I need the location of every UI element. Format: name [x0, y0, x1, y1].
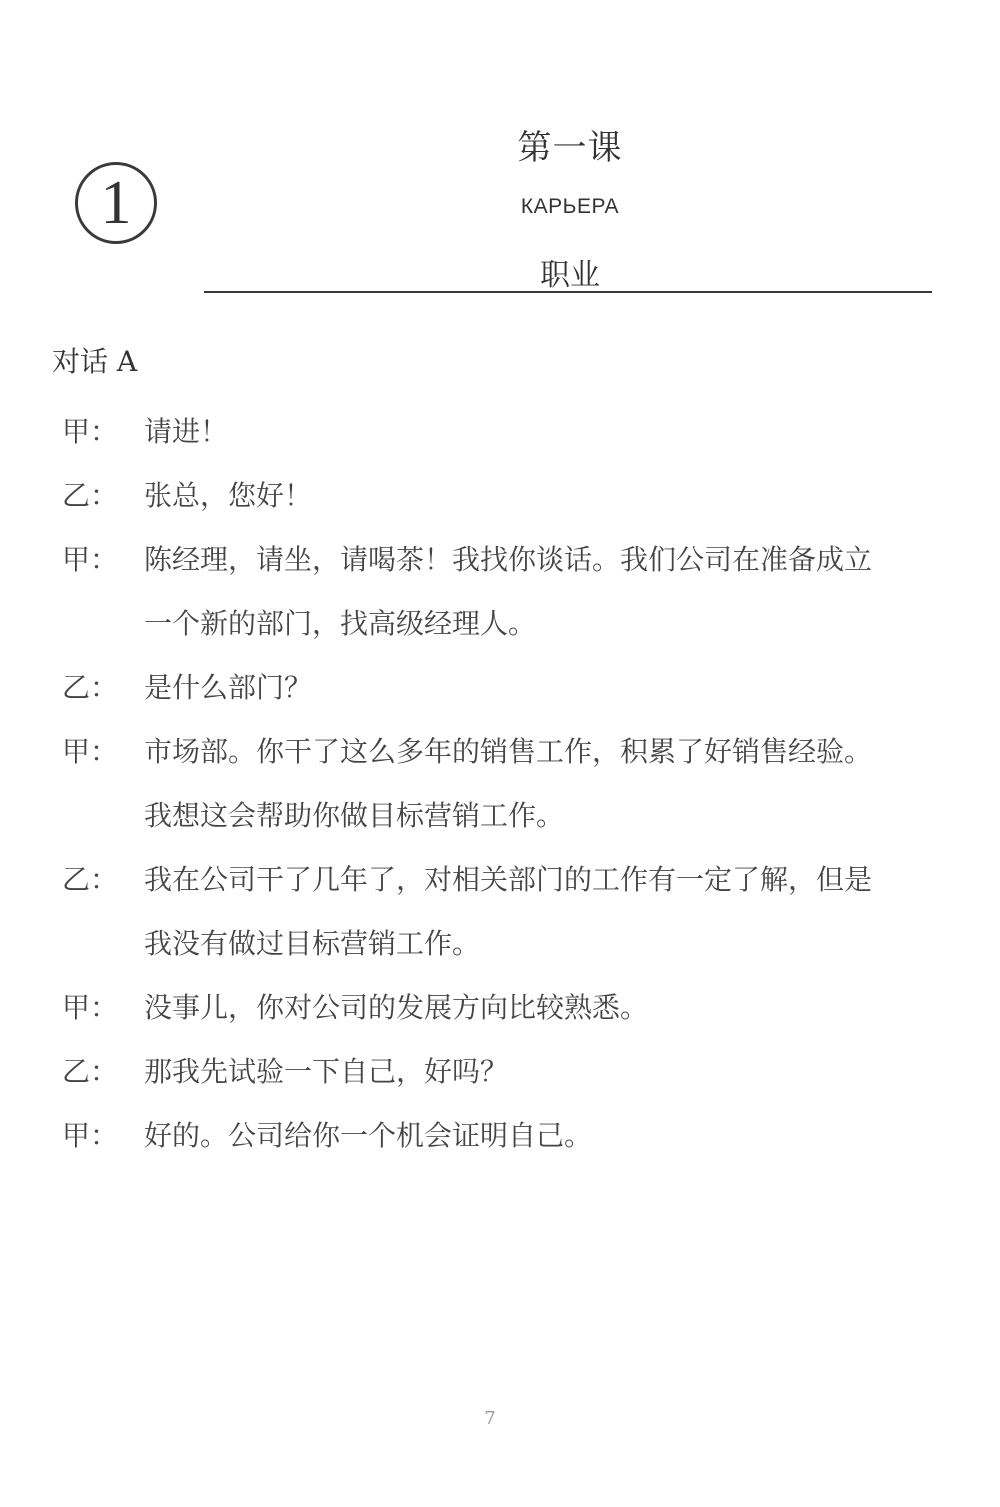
utterance-text: 好的。公司给你一个机会证明自己。: [144, 1104, 884, 1168]
dialogue-line: 乙： 那我先试验一下自己，好吗？: [62, 1040, 922, 1104]
dialogue-line: 乙： 是什么部门？: [62, 656, 922, 720]
dialogue-line: 甲： 市场部。你干了这么多年的销售工作，积累了好销售经验。我想这会帮助你做目标营…: [62, 720, 922, 848]
title-divider: [204, 291, 932, 293]
utterance-text: 陈经理，请坐，请喝茶！我找你谈话。我们公司在准备成立一个新的部门，找高级经理人。: [144, 528, 884, 656]
utterance-text: 我在公司干了几年了，对相关部门的工作有一定了解，但是我没有做过目标营销工作。: [144, 848, 884, 976]
lesson-subtitle-chinese: 职业: [470, 250, 670, 294]
dialogue-line: 乙： 张总，您好！: [62, 464, 922, 528]
lesson-title: 第一课: [470, 120, 670, 169]
speaker-label: 乙：: [62, 1040, 144, 1104]
dialogue-line: 甲： 陈经理，请坐，请喝茶！我找你谈话。我们公司在准备成立一个新的部门，找高级经…: [62, 528, 922, 656]
dialogue-line: 乙： 我在公司干了几年了，对相关部门的工作有一定了解，但是我没有做过目标营销工作…: [62, 848, 922, 976]
utterance-text: 那我先试验一下自己，好吗？: [144, 1040, 884, 1104]
utterance-text: 是什么部门？: [144, 656, 884, 720]
utterance-text: 张总，您好！: [144, 464, 884, 528]
lesson-number-badge: 1: [75, 162, 157, 244]
speaker-label: 甲：: [62, 976, 144, 1040]
dialogue-line: 甲： 请进！: [62, 400, 922, 464]
lesson-subtitle-russian: КАРЬЕРА: [470, 195, 670, 219]
dialogue-line: 甲： 没事儿，你对公司的发展方向比较熟悉。: [62, 976, 922, 1040]
speaker-label: 甲：: [62, 720, 144, 848]
page-number: 7: [480, 1408, 500, 1429]
utterance-text: 请进！: [144, 400, 884, 464]
speaker-label: 甲：: [62, 528, 144, 656]
speaker-label: 乙：: [62, 848, 144, 976]
speaker-label: 甲：: [62, 1104, 144, 1168]
speaker-label: 乙：: [62, 656, 144, 720]
speaker-label: 甲：: [62, 400, 144, 464]
lesson-number: 1: [101, 172, 132, 234]
dialogue-line: 甲： 好的。公司给你一个机会证明自己。: [62, 1104, 922, 1168]
utterance-text: 没事儿，你对公司的发展方向比较熟悉。: [144, 976, 884, 1040]
section-heading: 对话 A: [52, 340, 137, 380]
speaker-label: 乙：: [62, 464, 144, 528]
utterance-text: 市场部。你干了这么多年的销售工作，积累了好销售经验。我想这会帮助你做目标营销工作…: [144, 720, 884, 848]
dialogue: 甲： 请进！ 乙： 张总，您好！ 甲： 陈经理，请坐，请喝茶！我找你谈话。我们公…: [62, 400, 922, 1168]
